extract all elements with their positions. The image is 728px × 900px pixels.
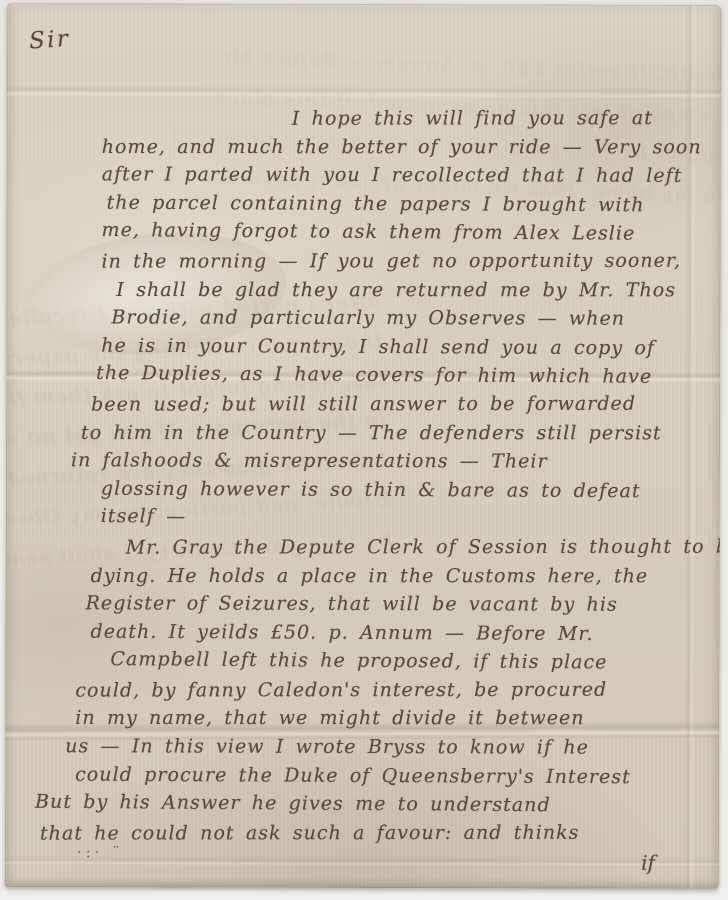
letter-line: to him in the Country — The defenders st… xyxy=(81,418,720,447)
letter-line: been used; but will still answer to be f… xyxy=(91,390,720,420)
letter-line: But by his Answer he gives me to underst… xyxy=(35,788,719,821)
ink-dots: ·:· ¨ xyxy=(77,843,124,861)
letter-line: in falshoods & misrepresentations — Thei… xyxy=(71,446,720,476)
letter-line: the Duplies, as I have covers for him wh… xyxy=(96,359,720,392)
letter-line: Brodie, and particularly my Observes — w… xyxy=(111,303,720,333)
letter-line: he is in your Country, I shall send you … xyxy=(101,331,720,363)
letter-line: I shall be glad they are returned me by … xyxy=(116,276,720,305)
letter-line: could procure the Duke of Queensberry's … xyxy=(75,760,719,792)
salutation: Sir xyxy=(28,26,71,55)
letter-line: dying. He holds a place in the Customs h… xyxy=(91,561,720,590)
letter-line: Mr. Gray the Depute Clerk of Session is … xyxy=(126,533,720,563)
letter-line: in my name, that we might divide it betw… xyxy=(75,704,719,733)
letter-paper: after I parted with you I recollected th… xyxy=(5,3,721,889)
letter-line: the parcel containing the papers I broug… xyxy=(107,188,721,219)
fold-crease xyxy=(7,85,721,99)
letter-line: in the morning — If you get no opportuni… xyxy=(101,247,720,277)
letter-line: that he could not ask such a favour: and… xyxy=(40,818,719,848)
letter-line: death. It yeilds £50. p. Annum — Before … xyxy=(90,617,719,649)
letter-lines: I hope this will find you safe athome, a… xyxy=(5,103,721,848)
letter-line: I hope this will find you safe at xyxy=(292,104,721,133)
scanned-letter-page: after I parted with you I recollected th… xyxy=(0,0,728,900)
letter-line: Campbell left this he proposed, if this … xyxy=(110,645,719,678)
letter-line: itself — xyxy=(101,502,720,535)
letter-line: us — In this view I wrote Bryss to know … xyxy=(65,732,719,762)
letter-line: after I parted with you I recollected th… xyxy=(102,161,721,191)
letter-line: Register of Seizures, that will be vacan… xyxy=(86,589,720,619)
letter-line: home, and much the better of your ride —… xyxy=(102,133,721,162)
letter-line: glossing however is so thin & bare as to… xyxy=(101,474,720,506)
letter-line: me, having forgot to ask them from Alex … xyxy=(101,216,720,249)
letter-line: could, by fanny Caledon's interest, be p… xyxy=(75,675,719,705)
catchword: if xyxy=(641,851,655,875)
